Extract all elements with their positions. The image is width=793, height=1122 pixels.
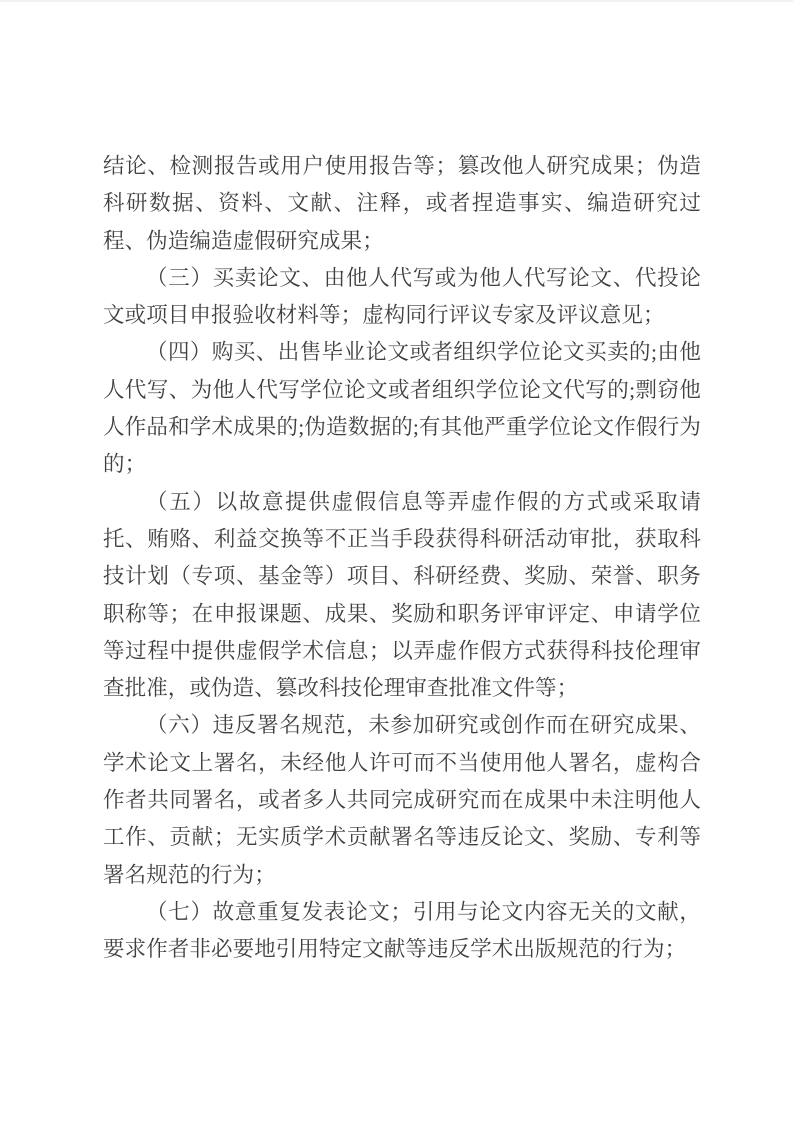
- document-body-text: 结论、检测报告或用户使用报告等；篡改他人研究成果；伪造科研数据、资料、文献、注释…: [103, 148, 701, 969]
- continuation-paragraph: 结论、检测报告或用户使用报告等；篡改他人研究成果；伪造科研数据、资料、文献、注释…: [103, 148, 701, 260]
- item-3-paragraph: （三）买卖论文、由他人代写或为他人代写论文、代投论文或项目申报验收材料等；虚构同…: [103, 260, 701, 335]
- item-5-paragraph: （五）以故意提供虚假信息等弄虚作假的方式或采取请托、贿赂、利益交换等不正当手段获…: [103, 484, 701, 708]
- item-4-paragraph: （四）购买、出售毕业论文或者组织学位论文买卖的;由他人代写、为他人代写学位论文或…: [103, 334, 701, 483]
- document-page: 结论、检测报告或用户使用报告等；篡改他人研究成果；伪造科研数据、资料、文献、注释…: [0, 0, 793, 1122]
- item-7-paragraph: （七）故意重复发表论文；引用与论文内容无关的文献，要求作者非必要地引用特定文献等…: [103, 894, 701, 969]
- item-6-paragraph: （六）违反署名规范，未参加研究或创作而在研究成果、学术论文上署名，未经他人许可而…: [103, 707, 701, 893]
